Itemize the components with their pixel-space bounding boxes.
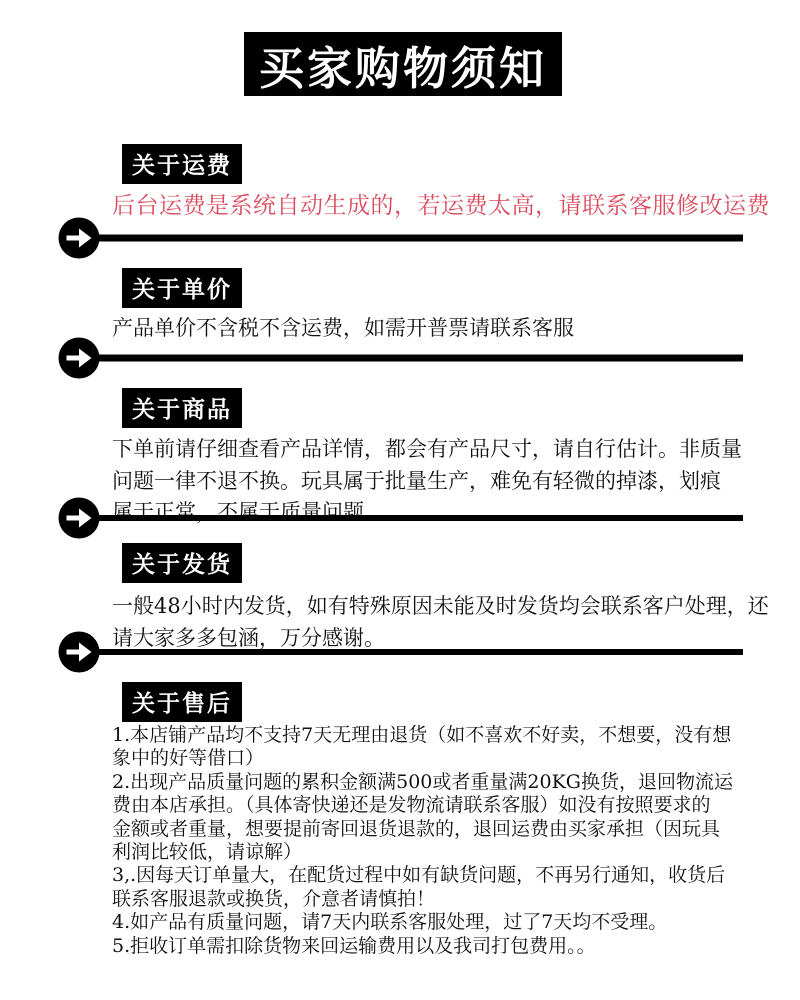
section-divider (58, 336, 748, 380)
page-title: 买家购物须知 (259, 32, 547, 97)
section-body-after-sales: 1.本店铺产品均不支持7天无理由退货（如不喜欢不好卖，不想要，没有想 象中的好等… (112, 724, 733, 958)
page-title-banner: 买家购物须知 (244, 32, 562, 96)
section-divider (58, 216, 748, 260)
section-divider (58, 496, 748, 540)
section-divider (58, 630, 748, 674)
section-heading-after-sales: 关于售后 (122, 682, 242, 722)
right-arrow-icon (58, 336, 748, 380)
right-arrow-icon (58, 496, 748, 540)
right-arrow-icon (58, 630, 748, 674)
section-heading-unit-price: 关于单价 (122, 268, 242, 308)
section-heading-product: 关于商品 (122, 388, 242, 428)
right-arrow-icon (58, 216, 748, 260)
section-heading-delivery: 关于发货 (122, 543, 242, 583)
section-heading-shipping-fee: 关于运费 (122, 144, 242, 184)
